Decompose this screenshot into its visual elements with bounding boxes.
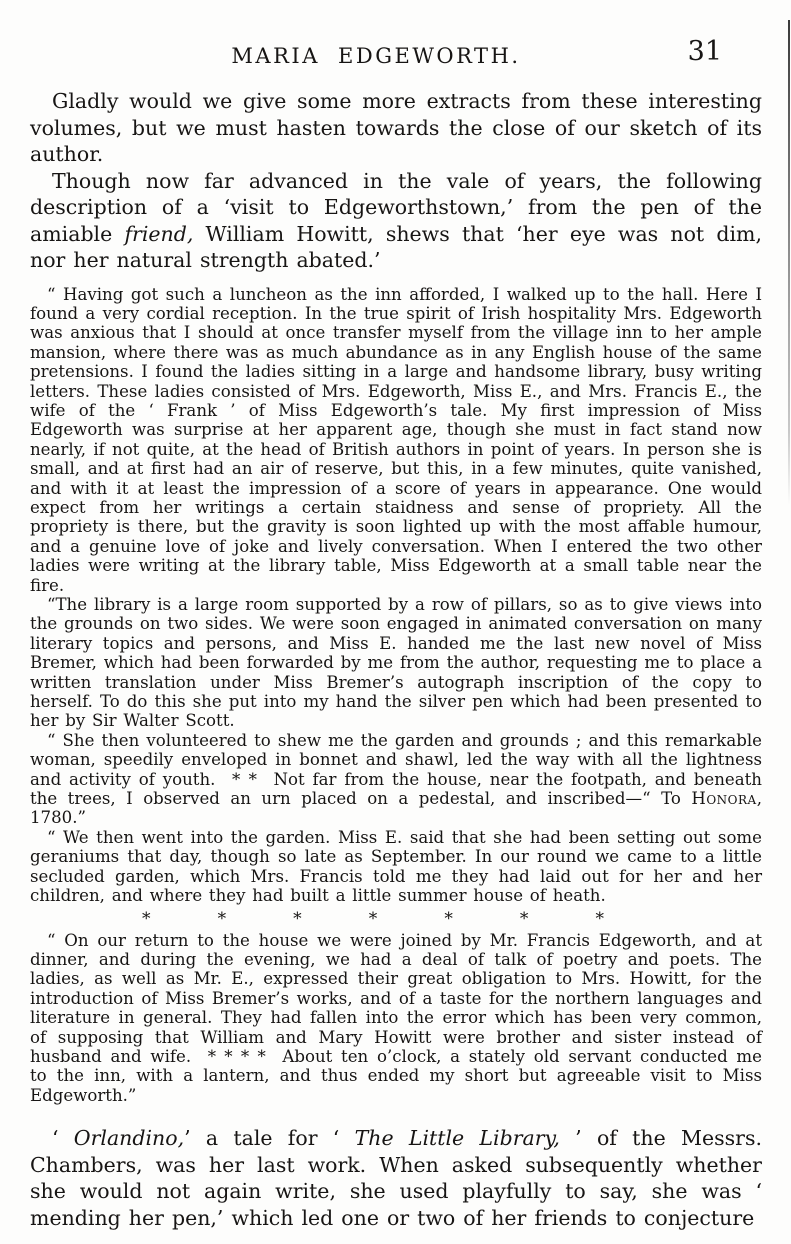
asterisk: * [218,909,227,929]
quote-garden-grounds-paragraph: “ She then volunteered to shew me the ga… [30,731,762,828]
page-body: Gladly would we give some more extracts … [30,88,762,1231]
asterisk-separator: ******* [142,909,604,929]
text-segment: Gladly would we give some more extracts … [30,89,762,166]
text-segment: “ Having got such a luncheon as the inn … [30,285,762,595]
text-segment: “ On our return to the house we were joi… [30,931,762,1105]
text-segment: “The library is a large room supported b… [30,595,762,730]
asterisk: * [595,909,604,929]
quote-garden-paragraph: “ We then went into the garden. Miss E. … [30,828,762,906]
quote-evening-paragraph: “ On our return to the house we were joi… [30,931,762,1106]
running-title: MARIA EDGEWORTH. [231,44,520,68]
text-segment: Honora [691,789,756,808]
page-header: MARIA EDGEWORTH. 31 [30,40,762,74]
asterisk: * [444,909,453,929]
orlandino-paragraph: ‘ Orlandino,’ a tale for ‘ The Little Li… [30,1125,762,1231]
text-segment: friend, [124,222,193,246]
howitt-introduction-paragraph: Though now far advanced in the vale of y… [30,168,762,274]
book-page: MARIA EDGEWORTH. 31 Gladly would we give… [0,0,791,1244]
scan-speck [531,100,534,104]
page-number: 31 [688,36,722,67]
asterisk: * [142,909,151,929]
text-segment: ’ a tale for ‘ [184,1126,354,1150]
text-segment: “ She then volunteered to shew me the ga… [30,731,762,808]
quote-arrival-paragraph: “ Having got such a luncheon as the inn … [30,285,762,596]
text-segment: Orlandino, [74,1126,184,1150]
asterisk: * [520,909,529,929]
text-segment: ‘ [52,1126,74,1150]
opening-paragraph: Gladly would we give some more extracts … [30,88,762,168]
asterisk: * [293,909,302,929]
text-segment: “ We then went into the garden. Miss E. … [30,828,762,905]
asterisk: * [369,909,378,929]
scan-speck [417,1195,419,1197]
quote-library-paragraph: “The library is a large room supported b… [30,595,762,731]
text-segment: The Little Library, [355,1126,560,1150]
scan-edge-line [788,20,791,505]
